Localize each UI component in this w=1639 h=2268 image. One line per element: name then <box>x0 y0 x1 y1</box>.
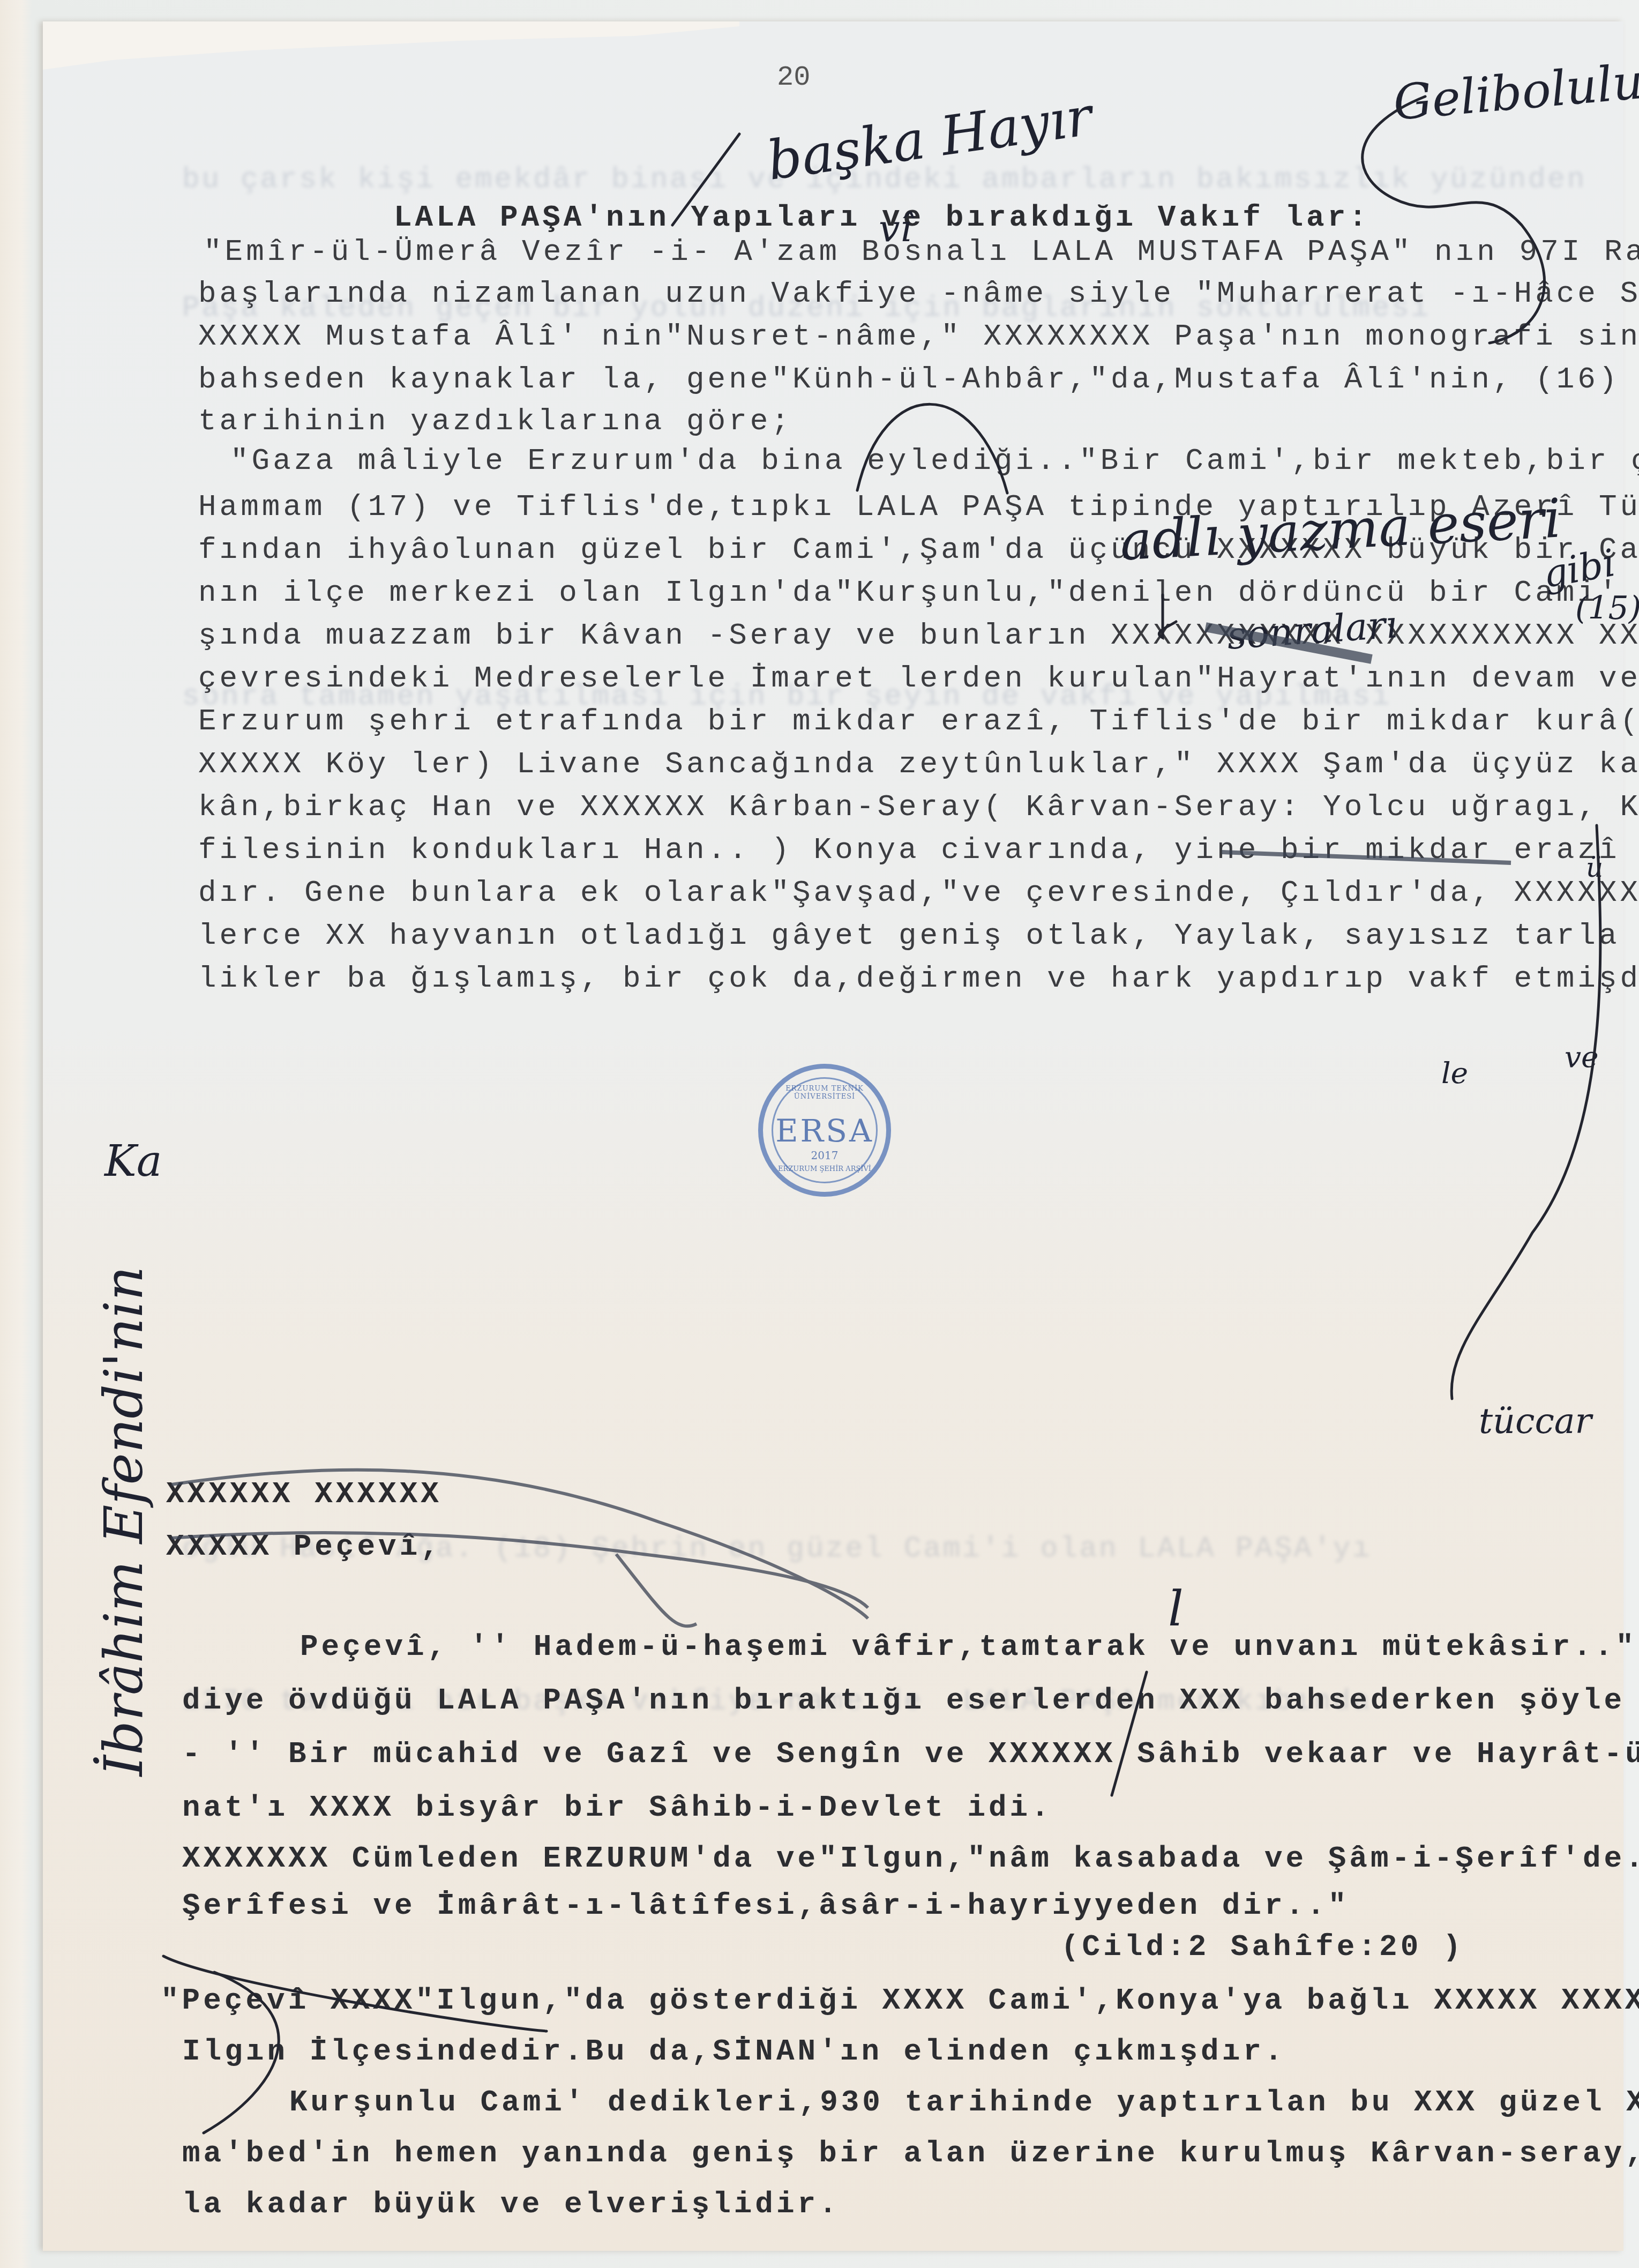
annotation-ink-strokes <box>0 0 1639 2268</box>
